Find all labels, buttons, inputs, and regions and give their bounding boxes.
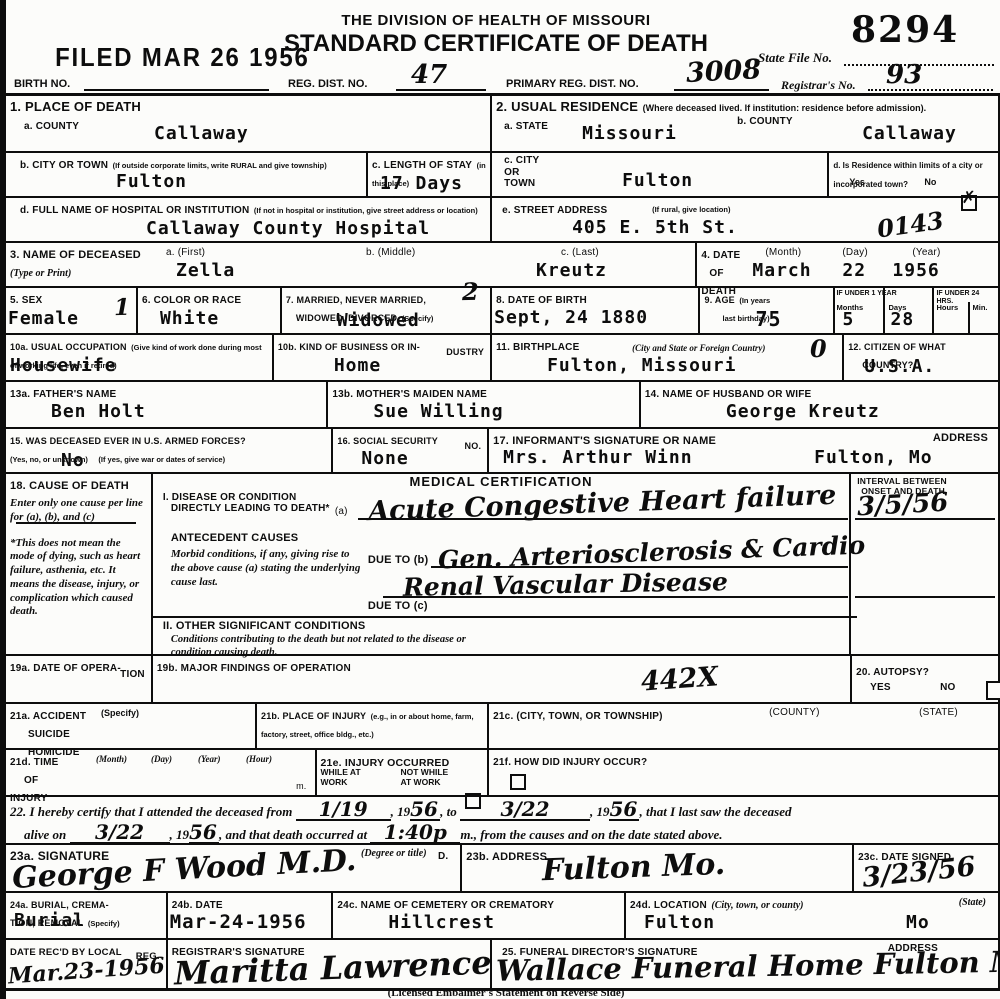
residence-state-label: a. STATE (504, 121, 548, 132)
field-date-signed: 23c. DATE SIGNED 3/23/56 (854, 845, 998, 891)
death-certificate: FILED MAR 26 1956 THE DIVISION OF HEALTH… (0, 0, 1000, 999)
certify-death-time: 1:40p (370, 822, 460, 844)
field-mother-name: 13b. MOTHER'S MAIDEN NAME Sue Willing (328, 382, 640, 427)
registrar-no-label: Registrar's No. (781, 78, 856, 93)
industry-label1: 10b. KIND OF BUSINESS OR IN- (278, 342, 420, 352)
field-marital-status: 7. MARRIED, NEVER MARRIED, WIDOWED, DIVO… (282, 288, 492, 333)
field-medical-certification: MEDICAL CERTIFICATION I. DISEASE OR COND… (153, 474, 851, 654)
dod-day-label: (Day) (842, 247, 867, 259)
first-name-label: a. (First) (166, 247, 205, 259)
field-date-of-birth: 8. DATE OF BIRTH Sept, 24 1880 (492, 288, 700, 333)
informant-address-value: Fulton, Mo (814, 449, 932, 467)
field-date-of-death: 4. DATE OF DEATH (Month) (Day) (Year) Ma… (697, 243, 998, 286)
field-date-of-operation: 19a. DATE OF OPERA- TION (6, 656, 153, 702)
street-label: e. STREET ADDRESS (502, 205, 607, 217)
city-note: (If outside corporate limits, write RURA… (113, 161, 327, 170)
field-ssn: 16. SOCIAL SECURITY NO. None (333, 429, 489, 472)
dod-title1: 4. DATE (701, 250, 740, 261)
how-injury-label: 21f. HOW DID INJURY OCCUR? (493, 757, 647, 768)
residence-city-label: c. CITY OR TOWN (504, 155, 544, 190)
primary-reg-label: PRIMARY REG. DIST. NO. (506, 78, 639, 91)
registrar-signature-handwriting: Maritta Lawrence (173, 946, 492, 989)
form-body: 1. PLACE OF DEATH a. COUNTY Callaway 2. … (6, 93, 1000, 991)
injury-month-label: (Month) (96, 754, 127, 765)
cause-side-note1: Enter only one cause per line for (a), (… (10, 497, 147, 525)
primary-reg-line (674, 89, 769, 91)
field-registrar-signature: REGISTRAR'S SIGNATURE Maritta Lawrence (168, 940, 492, 988)
degree-label: (Degree or title) (361, 848, 427, 861)
field-physician-signature: 23a. SIGNATURE (Degree or title) D. Geor… (6, 845, 462, 891)
field-armed-forces: 15. WAS DECEASED EVER IN U.S. ARMED FORC… (6, 429, 333, 472)
hospital-label: d. FULL NAME OF HOSPITAL OR INSTITUTION (20, 205, 249, 216)
division-title: THE DIVISION OF HEALTH OF MISSOURI (256, 12, 736, 29)
stay-label: c. LENGTH OF STAY (372, 160, 472, 171)
accident-label2: SUICIDE (28, 729, 70, 740)
field-funeral-director: 25. FUNERAL DIRECTOR'S SIGNATURE ADDRESS… (492, 940, 998, 988)
state-file-label: State File No. (758, 50, 832, 66)
mother-label: 13b. MOTHER'S MAIDEN NAME (332, 389, 487, 400)
state-file-number: 8294 (851, 12, 959, 48)
ssn-value: None (361, 450, 408, 468)
limits-yes-label: Yes (849, 177, 865, 187)
residence-county-label: b. COUNTY (737, 116, 793, 128)
antecedent-label: ANTECEDENT CAUSES (171, 532, 298, 545)
certify-text-8: , and that death occurred at (219, 827, 367, 842)
usual-residence-title: 2. USUAL RESIDENCE (496, 99, 638, 114)
funeral-director-handwriting: Wallace Funeral Home Fulton Mo (496, 947, 1000, 986)
autopsy-yes-label: YES (870, 682, 891, 694)
findings-code-handwriting: 442X (640, 663, 719, 695)
residence-state-value: Missouri (582, 125, 677, 143)
field-burial-type: 24a. BURIAL, CREMA- TION, REMOVAL (Speci… (6, 893, 168, 938)
age-min-label: Min. (972, 304, 987, 313)
certify-text-5: , that I last saw the deceased (639, 804, 791, 819)
spouse-value: George Kreutz (726, 403, 880, 421)
spouse-label: 14. NAME OF HUSBAND OR WIFE (645, 389, 812, 400)
field-city-of-death: b. CITY OR TOWN (If outside corporate li… (6, 153, 368, 196)
birthplace-value: Fulton, Missouri (547, 357, 736, 375)
injury-time-label1: 21d. TIME (10, 757, 58, 768)
industry-label2: DUSTRY (446, 347, 484, 357)
field-race: 6. COLOR OR RACE White (138, 288, 282, 333)
cemetery-label: 24c. NAME OF CEMETERY OR CREMATORY (337, 900, 554, 911)
field-sex: 5. SEX Female 1 (6, 288, 138, 333)
race-label: 6. COLOR OR RACE (142, 295, 241, 306)
field-certify-statement: 22. I hereby certify that I attended the… (6, 797, 998, 843)
registrar-no-value: 93 (886, 62, 922, 88)
field-burial-location: 24d. LOCATION (City, town, or county) (S… (626, 893, 998, 938)
field-residence-city: c. CITY OR TOWN Fulton (492, 153, 829, 196)
interval-value: 3/5/56 (857, 490, 950, 521)
accident-note: (Specify) (101, 708, 139, 718)
field-physician-address: 23b. ADDRESS Fulton Mo. (462, 845, 854, 891)
operation-date-label2: TION (120, 669, 145, 681)
registrar-no-line (868, 89, 993, 91)
first-name-value: Zella (176, 262, 235, 280)
disease-label1: I. DISEASE OR CONDITION (163, 492, 297, 504)
while-at-work-label: WHILE ATWORK (321, 768, 361, 788)
certify-text-9: m., from the causes and on the date stat… (460, 827, 722, 842)
age-label: 9. AGE (704, 295, 734, 305)
field-spouse-name: 14. NAME OF HUSBAND OR WIFE George Kreut… (641, 382, 998, 427)
injury-city-label: 21c. (CITY, TOWN, OR TOWNSHIP) (493, 711, 663, 722)
cause-label: 18. CAUSE OF DEATH (10, 480, 129, 492)
field-usual-residence: 2. USUAL RESIDENCE (Where deceased lived… (492, 96, 998, 151)
certify-from-date: 1/19 (296, 799, 391, 821)
burial-location-note: (City, town, or county) (711, 900, 803, 911)
reg-dist-value: 47 (411, 62, 447, 88)
occupation-label: 10a. USUAL OCCUPATION (10, 342, 127, 352)
operation-findings-label: 19b. MAJOR FINDINGS OF OPERATION (157, 663, 351, 674)
burial-city-value: Fulton (644, 914, 715, 932)
field-hospital: d. FULL NAME OF HOSPITAL OR INSTITUTION … (6, 198, 492, 241)
occupation-value: Housewife (10, 357, 117, 375)
autopsy-yes-checkbox (986, 681, 1000, 700)
marital-value: Widowed (337, 312, 420, 330)
dod-day-value: 22 (842, 262, 866, 280)
field-injury-location: 21c. (CITY, TOWN, OR TOWNSHIP) (COUNTY) … (489, 704, 998, 748)
field-operation-findings: 19b. MAJOR FINDINGS OF OPERATION 442X (153, 656, 852, 702)
dob-label: 8. DATE OF BIRTH (496, 295, 587, 306)
marital-code-annotation: 2 (462, 280, 479, 304)
dod-month-value: March (752, 262, 811, 280)
birth-no-label: BIRTH NO. (14, 78, 70, 91)
stay-value: 17 Days (380, 175, 463, 193)
marital-label1: 7. MARRIED, NEVER MARRIED, (286, 295, 426, 305)
certify-text-4: , 19 (590, 804, 610, 819)
citizen-label1: 12. CITIZEN OF WHAT (848, 342, 946, 352)
county-label: a. COUNTY (24, 121, 79, 132)
cause-b2-handwriting: Renal Vascular Disease (403, 569, 728, 600)
burial-note: (Specify) (88, 919, 120, 928)
certify-text-3: , to (440, 804, 457, 819)
field-date-received: DATE REC'D BY LOCAL REG. Mar.23-1956 (6, 940, 168, 988)
age-months-value: 5 (842, 311, 854, 329)
certify-to-year: 56 (609, 799, 639, 821)
injury-state-label: (STATE) (919, 707, 958, 719)
name-subtitle: (Type or Print) (10, 268, 71, 279)
due-to-b-label: DUE TO (b) (368, 554, 428, 567)
city-label: b. CITY OR TOWN (20, 160, 108, 171)
disease-label2: DIRECTLY LEADING TO DEATH* (171, 503, 330, 515)
hospital-note: (If not in hospital or institution, give… (254, 206, 478, 215)
place-of-death-title: 1. PLACE OF DEATH (10, 99, 141, 114)
field-occupation: 10a. USUAL OCCUPATION (Give kind of work… (6, 335, 274, 380)
field-accident-type: 21a. ACCIDENT (Specify) SUICIDE HOMICIDE (6, 704, 257, 748)
certify-from-year: 56 (410, 799, 440, 821)
certify-text-1: 22. I hereby certify that I attended the… (10, 804, 292, 819)
injury-hour-label: (Hour) (246, 754, 272, 765)
certify-text-2: , 19 (391, 804, 411, 819)
field-name-of-deceased: 3. NAME OF DECEASED (Type or Print) a. (… (6, 243, 697, 286)
footer-note: (Licensed Embalmer's Statement on Revers… (6, 987, 1000, 999)
field-interval: INTERVAL BETWEEN ONSET AND DEATH 3/5/56 (851, 474, 998, 654)
informant-address-label: ADDRESS (933, 432, 988, 445)
due-to-c-label: DUE TO (c) (368, 600, 428, 613)
usual-residence-note: (Where deceased lived. If institution: r… (643, 103, 927, 113)
sex-label: 5. SEX (10, 295, 42, 306)
dod-month-label: (Month) (765, 247, 801, 259)
birthplace-code-annotation: 0 (810, 337, 827, 361)
field-length-of-stay: c. LENGTH OF STAY (in this place) 17 Day… (368, 153, 492, 196)
dod-year-value: 1956 (892, 262, 939, 280)
physician-address-handwriting: Fulton Mo. (542, 850, 726, 886)
limits-no-label: No (924, 177, 936, 187)
field-how-injury-occurred: 21f. HOW DID INJURY OCCUR? (489, 750, 998, 795)
field-citizenship: 12. CITIZEN OF WHAT COUNTRY? U.S.A. (844, 335, 998, 380)
last-name-label: c. (Last) (561, 247, 599, 259)
birthplace-label: 11. BIRTHPLACE (496, 342, 579, 353)
injury-year-label: (Year) (198, 754, 221, 765)
age-years-value: 75 (755, 309, 781, 329)
injury-time-label2: OF (24, 775, 38, 786)
burial-date-value: Mar-24-1956 (170, 913, 307, 932)
armed-forces-label: 15. WAS DECEASED EVER IN U.S. ARMED FORC… (10, 436, 246, 446)
age-hours-label: Hours (936, 304, 958, 313)
residence-county-value: Callaway (862, 125, 957, 143)
cause-side-note2: *This does not mean the mode of dying, s… (10, 537, 147, 620)
street-code-annotation: 0143 (876, 208, 945, 241)
reg-dist-line (396, 89, 486, 91)
name-title: 3. NAME OF DECEASED (10, 249, 141, 261)
hospital-value: Callaway County Hospital (146, 220, 430, 238)
middle-name-label: b. (Middle) (366, 247, 415, 259)
race-value: White (160, 310, 219, 328)
field-father-name: 13a. FATHER'S NAME Ben Holt (6, 382, 328, 427)
father-value: Ben Holt (51, 403, 146, 421)
ssn-label1: 16. SOCIAL SECURITY (337, 436, 438, 446)
accident-label1: 21a. ACCIDENT (10, 711, 86, 722)
field-residence-limits: d. Is Residence within limits of a city … (829, 153, 998, 196)
birthplace-note: (City and State or Foreign Country) (632, 343, 765, 354)
autopsy-no-label: NO (940, 682, 955, 694)
injury-day-label: (Day) (151, 754, 172, 765)
morbid-note: Morbid conditions, if any, giving rise t… (171, 548, 361, 589)
field-burial-date: 24b. DATE Mar-24-1956 (168, 893, 334, 938)
ssn-label2: NO. (465, 441, 482, 451)
citizen-value: U.S.A. (864, 358, 935, 376)
city-value: Fulton (116, 173, 187, 191)
field-place-of-injury: 21b. PLACE OF INJURY (e.g., in or about … (257, 704, 489, 748)
last-name-value: Kreutz (536, 262, 607, 280)
burial-label1: 24a. BURIAL, CREMA- (10, 900, 109, 910)
armed-forces-value: No (61, 452, 85, 470)
age-days-value: 28 (890, 311, 914, 329)
degree-mark: D. (438, 851, 448, 863)
other-conditions-label: II. OTHER SIGNIFICANT CONDITIONS (163, 620, 366, 633)
field-industry: 10b. KIND OF BUSINESS OR IN- DUSTRY Home (274, 335, 492, 380)
burial-state-value: Mo (906, 914, 930, 932)
disease-a-label: (a) (335, 506, 348, 518)
field-informant: 17. INFORMANT'S SIGNATURE OR NAME ADDRES… (489, 429, 998, 472)
field-injury-occurred: 21e. INJURY OCCURRED WHILE ATWORK NOT WH… (317, 750, 490, 795)
field-birthplace: 11. BIRTHPLACE (City and State or Foreig… (492, 335, 844, 380)
armed-forces-note2: (If yes, give war or dates of service) (98, 455, 225, 464)
certify-text-6: alive on (24, 827, 66, 842)
field-cemetery: 24c. NAME OF CEMETERY OR CREMATORY Hillc… (333, 893, 626, 938)
residence-city-value: Fulton (622, 172, 693, 190)
injury-place-label: 21b. PLACE OF INJURY (261, 711, 366, 721)
field-time-of-injury: 21d. TIME OF INJURY (Month) (Day) (Year)… (6, 750, 317, 795)
industry-value: Home (334, 357, 381, 375)
burial-state-note: (State) (959, 897, 986, 910)
field-cause-sidebar: 18. CAUSE OF DEATH Enter only one cause … (6, 474, 153, 654)
age-note: (In years (739, 296, 770, 305)
field-street-address: e. STREET ADDRESS (If rural, give locati… (492, 198, 998, 241)
street-note: (If rural, give location) (652, 206, 730, 215)
dod-title2: OF (709, 268, 723, 279)
burial-location-label: 24d. LOCATION (630, 900, 707, 911)
certify-alive-year: 56 (189, 822, 219, 844)
physician-address-label: 23b. ADDRESS (466, 851, 547, 863)
certify-alive-date: 3/22 (70, 822, 170, 844)
date-received-handwriting: Mar.23-1956 (7, 955, 165, 988)
informant-label: 17. INFORMANT'S SIGNATURE OR NAME (493, 435, 716, 447)
reg-dist-label: REG. DIST. NO. (288, 78, 367, 91)
sex-value: Female (8, 310, 79, 328)
certify-to-date: 3/22 (460, 799, 590, 821)
cemetery-value: Hillcrest (388, 914, 495, 932)
birth-no-line (84, 89, 269, 91)
operation-date-label1: 19a. DATE OF OPERA- (10, 663, 121, 674)
county-value: Callaway (154, 125, 249, 143)
mother-value: Sue Willing (373, 403, 503, 421)
field-place-of-death: 1. PLACE OF DEATH a. COUNTY Callaway (6, 96, 492, 151)
burial-value: Burial (14, 912, 85, 930)
primary-reg-value: 3008 (685, 56, 761, 87)
informant-name-value: Mrs. Arthur Winn (503, 449, 692, 467)
injury-county-label: (COUNTY) (769, 707, 819, 719)
certificate-title: STANDARD CERTIFICATE OF DEATH (236, 30, 756, 58)
burial-date-label: 24b. DATE (172, 900, 223, 911)
father-label: 13a. FATHER'S NAME (10, 389, 116, 400)
sex-code-annotation: 1 (114, 296, 130, 319)
field-autopsy: 20. AUTOPSY? YES NO ✗ (852, 656, 998, 702)
autopsy-label: 20. AUTOPSY? (856, 667, 929, 678)
age-under1-label: IF UNDER 1 YEAR (836, 290, 936, 298)
street-value: 405 E. 5th St. (572, 219, 738, 237)
dob-value: Sept, 24 1880 (494, 309, 648, 327)
dod-year-label: (Year) (912, 247, 940, 259)
injury-m-label: m. (296, 781, 306, 791)
header: FILED MAR 26 1956 THE DIVISION OF HEALTH… (6, 0, 1000, 93)
field-age: 9. AGE (In years last birthday) 75 IF UN… (700, 288, 998, 333)
certify-text-7: , 19 (170, 827, 190, 842)
not-while-at-work-label: NOT WHILEAT WORK (401, 768, 449, 788)
